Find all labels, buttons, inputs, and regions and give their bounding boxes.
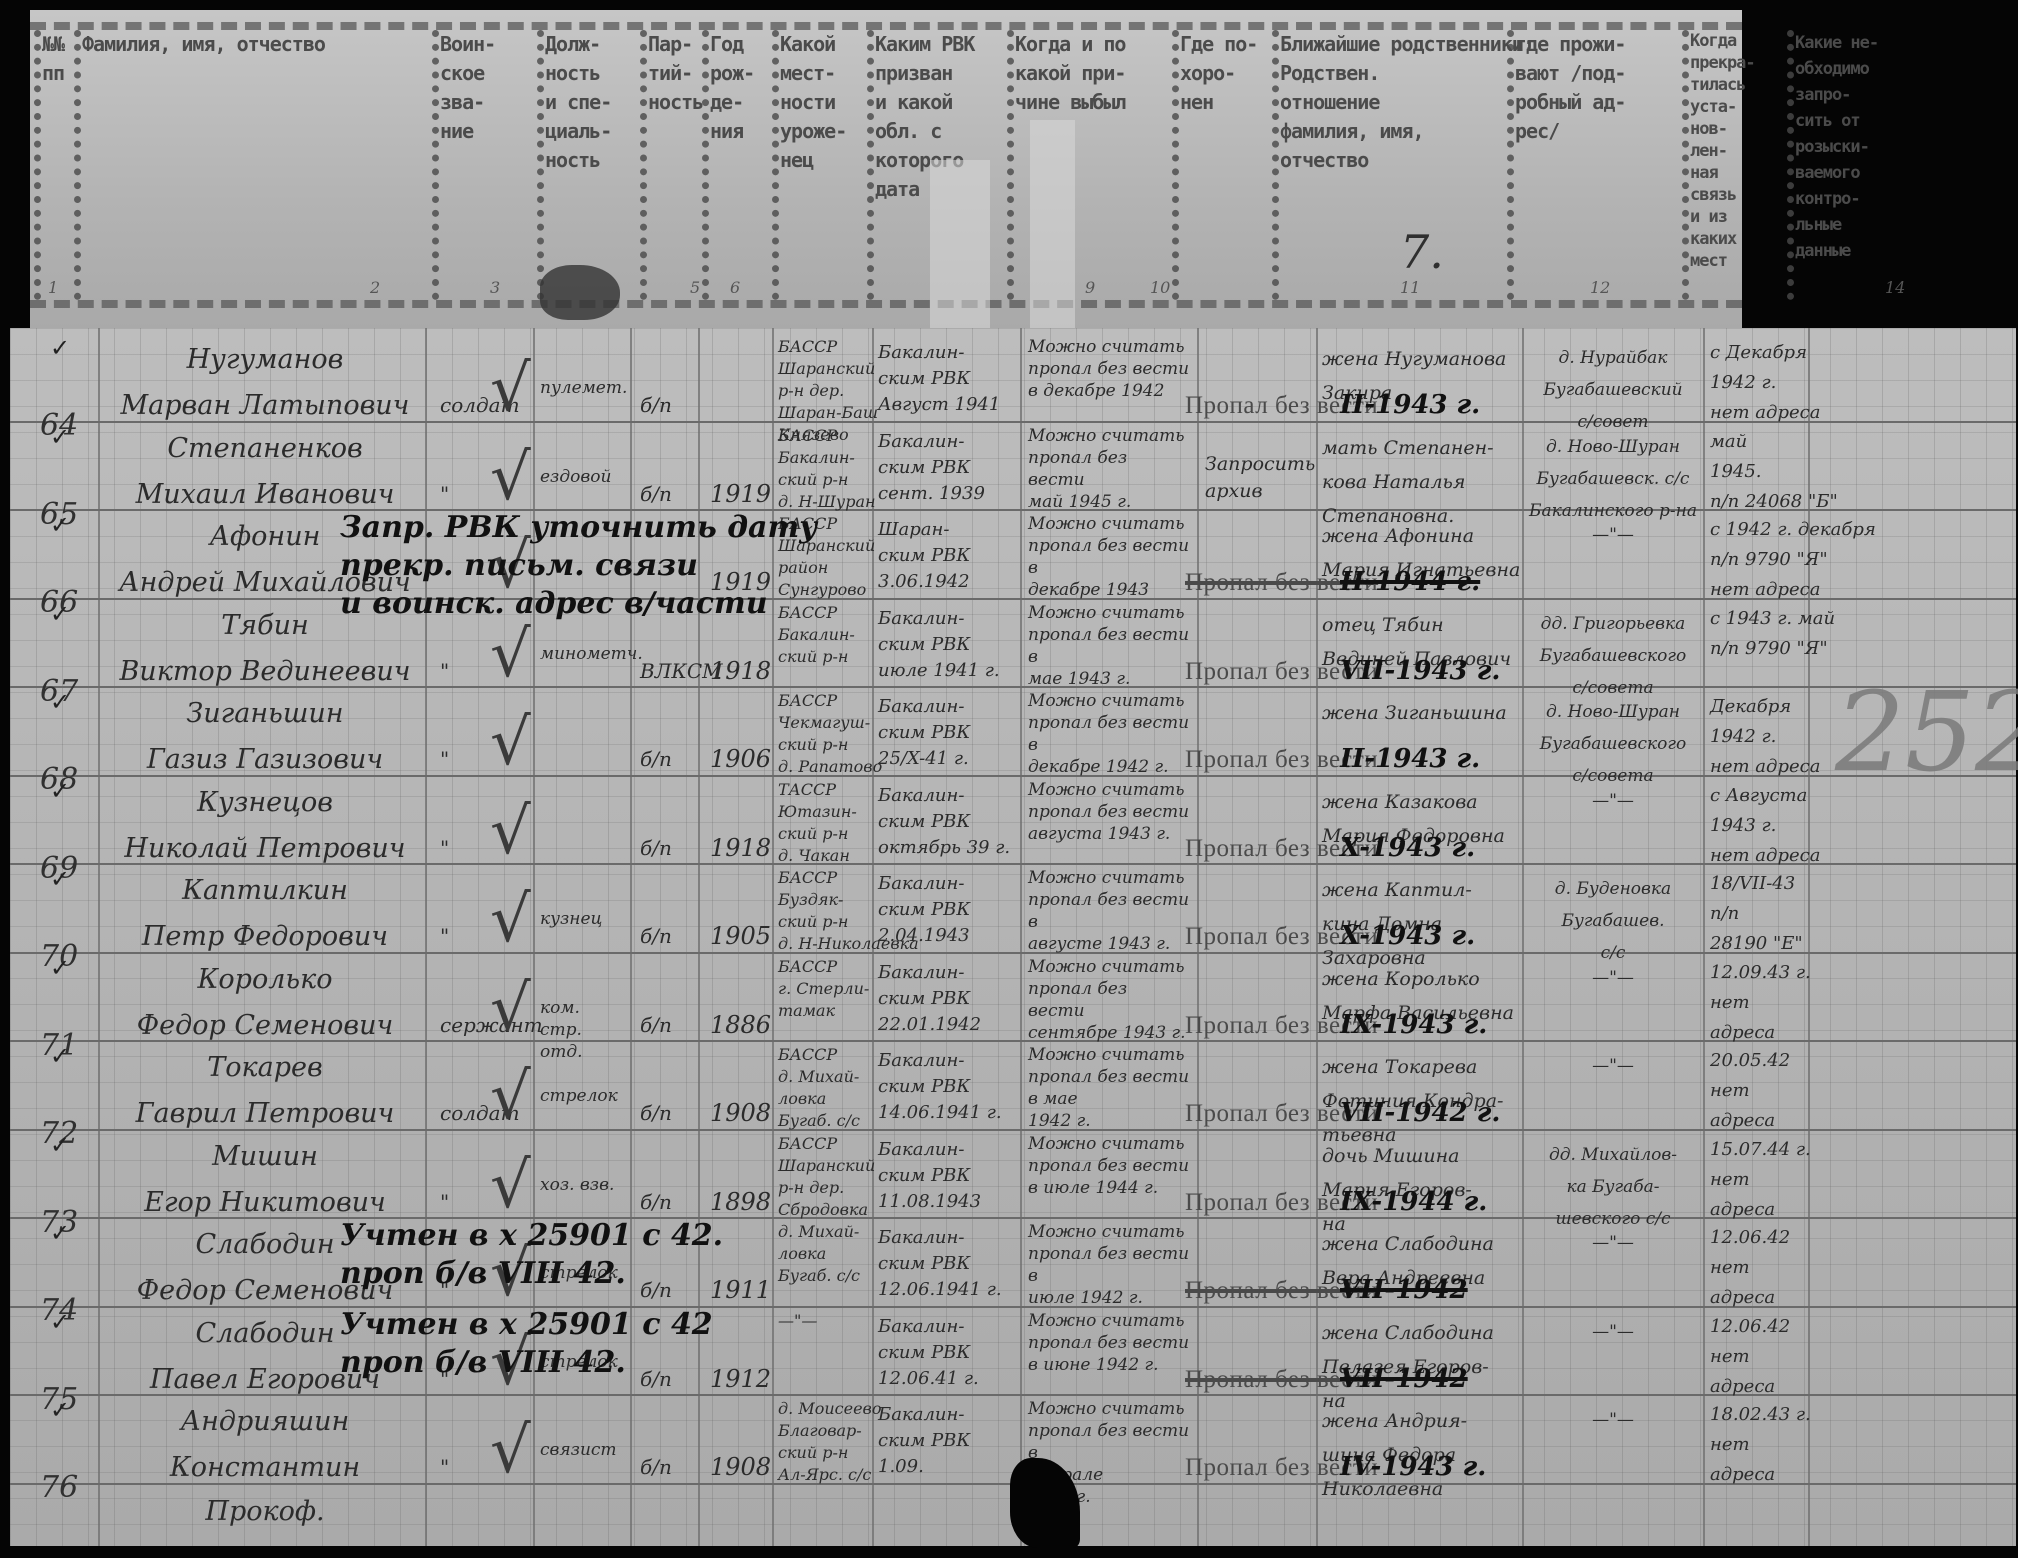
surname: Мишин: [110, 1135, 420, 1179]
checkmark-icon: ✓: [50, 865, 70, 893]
checkmark-icon: ✓: [50, 423, 70, 451]
relative-address: —"—: [1528, 1316, 1698, 1348]
burial: Запросить архив: [1205, 451, 1315, 505]
checkmark-icon: ✓: [50, 1042, 70, 1070]
draft-office: Бакалин- ским РВК 1.09.: [878, 1402, 970, 1480]
paper-stain: [540, 265, 620, 320]
col-number: 6: [730, 278, 740, 297]
relative-address: —"—: [1528, 1404, 1698, 1436]
rank: ": [440, 835, 449, 862]
record-row: ✓ 67 Тябин Виктор Вединеевич " √ миномет…: [10, 598, 2016, 689]
party: б/п: [640, 746, 672, 773]
draft-office: Бакалин- ским РВК октябрь 39 г.: [878, 783, 1010, 861]
stamp-date: II-1943 г.: [1340, 744, 1480, 774]
col-number: 12: [1590, 278, 1610, 297]
birth-year: 1918: [710, 835, 771, 862]
party: б/п: [640, 481, 672, 508]
last-contact: май 1945. п/п 24068 "Б": [1710, 427, 1838, 517]
last-contact: 18/VII-43 п/п 28190 "Е": [1710, 869, 1803, 959]
relative-address: —"—: [1528, 785, 1698, 817]
col-number: 11: [1400, 278, 1420, 297]
fate: Можно считать пропал без вести сентябре …: [1028, 956, 1186, 1044]
handwritten-annotation: Учтен в х 25901 с 42 проп б/в VIII 42.: [340, 1306, 713, 1382]
last-contact: 15.07.44 г. нет адреса: [1710, 1135, 1811, 1225]
last-contact: 20.05.42 нет адреса: [1710, 1046, 1790, 1136]
rank: ": [440, 746, 449, 773]
checkmark-icon: ✓: [50, 1308, 70, 1336]
surname: Нугуманов: [110, 338, 420, 382]
verification-check-icon: √: [490, 883, 531, 957]
checkmark-icon: ✓: [50, 1396, 70, 1424]
draft-office: Бакалин- ским РВК июле 1941 г.: [878, 606, 1000, 684]
birth-year: 1912: [710, 1366, 771, 1393]
last-contact: 18.02.43 г. нет адреса: [1710, 1400, 1811, 1490]
header-col-14: Какие не- обходимо запро- сить от розыск…: [1795, 30, 1878, 300]
birth-year: 1886: [710, 1012, 771, 1039]
stamp-date: VII-1942: [1340, 1275, 1468, 1305]
birth-year: 1908: [710, 1454, 771, 1481]
post: хоз. взв.: [540, 1174, 614, 1196]
record-row: ✓ 69 Кузнецов Николай Петрович " √ б/п 1…: [10, 775, 2016, 866]
party: б/п: [640, 1189, 672, 1216]
fate: Можно считать пропал без вести в декабре…: [1028, 690, 1189, 778]
stamp-date: VII-1942 г.: [1340, 1098, 1500, 1128]
col-number: 1: [48, 278, 58, 297]
fate: Можно считать пропал без вести в мае 194…: [1028, 1044, 1189, 1132]
fate: Можно считать пропал без вести в августе…: [1028, 867, 1189, 955]
draft-office: Бакалин- ским РВК 25/X-41 г.: [878, 694, 970, 772]
stamp-date: VII-1943 г.: [1340, 656, 1500, 686]
relative-address: —"—: [1528, 519, 1698, 551]
fate: Можно считать пропал без вести в мае 194…: [1028, 602, 1189, 690]
checkmark-icon: ✓: [50, 777, 70, 805]
last-contact: с 1943 г. май п/п 9790 "Я": [1710, 604, 1835, 664]
fate: Можно считать пропал без вести августа 1…: [1028, 779, 1189, 845]
last-contact: 12.06.42 нет адреса: [1710, 1223, 1790, 1313]
record-row: ✓ 64 Нугуманов Марван Латыпович солдат √…: [10, 332, 2016, 423]
draft-office: Бакалин- ским РВК 12.06.41 г.: [878, 1314, 979, 1392]
checkmark-icon: ✓: [50, 1131, 70, 1159]
paper-tear: [1030, 120, 1075, 330]
header-col-1: №№ пп: [42, 30, 64, 300]
draft-office: Бакалин- ским РВК 14.06.1941 г.: [878, 1048, 1002, 1126]
relative: жена Зиганьшина: [1322, 696, 1507, 730]
record-row: ✓ 68 Зиганьшин Газиз Газизович " √ б/п 1…: [10, 686, 2016, 777]
birthplace: БАССР д. Михай- ловка Бугаб. с/с: [778, 1044, 860, 1132]
verification-check-icon: √: [490, 1414, 531, 1488]
last-contact: с Декабря 1942 г. нет адреса: [1710, 338, 1820, 428]
party: б/п: [640, 1012, 672, 1039]
verification-check-icon: √: [490, 1149, 531, 1223]
col-number: 3: [490, 278, 500, 297]
verification-check-icon: √: [490, 1060, 531, 1134]
last-contact: 12.06.42 нет адреса: [1710, 1312, 1790, 1402]
perforation-line: [30, 300, 1742, 308]
header-col-12: где прожи- вают /под- робный ад- рес/: [1515, 30, 1625, 300]
fate: Можно считать пропал без вести май 1945 …: [1028, 425, 1184, 513]
record-row: ✓ 71 Королько Федор Семенович сержант √ …: [10, 952, 2016, 1043]
rank: ": [440, 1189, 449, 1216]
form-header-strip: №№ пп Фамилия, имя, отчество Воин- ское …: [30, 10, 1742, 330]
rank: ": [440, 481, 449, 508]
birthplace: БАССР Бакалин- ский р-н: [778, 602, 855, 668]
col-number: 5: [690, 278, 700, 297]
record-row: ✓ 73 Мишин Егор Никитович " √ хоз. взв. …: [10, 1129, 2016, 1220]
last-contact: 12.09.43 г. нет адреса: [1710, 958, 1811, 1048]
fate: Можно считать пропал без вести в июле 19…: [1028, 1221, 1189, 1309]
header-col-5: Пар- тий- ность: [648, 30, 703, 300]
relative-address: —"—: [1528, 962, 1698, 994]
checkmark-icon: ✓: [50, 688, 70, 716]
record-row: ✓ 72 Токарев Гаврил Петрович солдат √ ст…: [10, 1040, 2016, 1131]
header-col-6: Год рож- де- ния: [710, 30, 754, 300]
stamp-date: IX-1943 г.: [1340, 1010, 1487, 1040]
party: б/п: [640, 923, 672, 950]
surname: Кузнецов: [110, 781, 420, 825]
checkmark-icon: ✓: [50, 511, 70, 539]
last-contact: Декабря 1942 г. нет адреса: [1710, 692, 1820, 782]
record-row: ✓ 66 Афонин Андрей Михайлович √ 1919 БАС…: [10, 509, 2016, 600]
surname: Зиганьшин: [110, 692, 420, 736]
party: б/п: [640, 835, 672, 862]
fate: Можно считать пропал без вести в декабре…: [1028, 513, 1189, 601]
paper-tear: [930, 160, 990, 330]
birthplace: д. Михай- ловка Бугаб. с/с: [778, 1221, 860, 1287]
birthplace: БАССР г. Стерли- тамак: [778, 956, 869, 1022]
draft-office: Бакалин- ским РВК 2.04.1943: [878, 871, 970, 949]
rank: ": [440, 1454, 449, 1481]
surname: Тябин: [110, 604, 420, 648]
post: стрелок: [540, 1085, 618, 1107]
birthplace: ТАССР Ютазин- ский р-н д. Чакан: [778, 779, 857, 867]
birthplace: БАССР Бакалин- ский р-н д. Н-Шуран: [778, 425, 876, 513]
header-col-7: Какой мест- ности уроже- нец: [780, 30, 846, 300]
birth-year: 1905: [710, 923, 771, 950]
birth-year: 1908: [710, 1100, 771, 1127]
draft-office: Шаран- ским РВК 3.06.1942: [878, 517, 970, 595]
birth-year: 1906: [710, 746, 771, 773]
given-names: Константин Прокоф.: [110, 1446, 420, 1534]
party: б/п: [640, 392, 672, 419]
fate: Можно считать пропал без вести в декабре…: [1028, 336, 1189, 402]
stamp-date: IX-1944 г.: [1340, 1187, 1487, 1217]
header-col-13: Когда прекра- тилась уста- нов- лен- ная…: [1690, 30, 1755, 300]
stamp-date: IV-1943 г.: [1340, 1452, 1486, 1482]
header-col-4: Долж- ность и спе- циаль- ность: [545, 30, 611, 300]
section-number: 7.: [1400, 225, 1444, 279]
draft-office: Бакалин- ским РВК 12.06.1941 г.: [878, 1225, 1002, 1303]
stamp-date: X-1943 г.: [1340, 833, 1475, 863]
record-sheet: ✓ 64 Нугуманов Марван Латыпович солдат √…: [10, 328, 2016, 1546]
verification-check-icon: √: [490, 795, 531, 869]
verification-check-icon: √: [490, 972, 531, 1046]
verification-check-icon: √: [490, 618, 531, 692]
header-col-2: Фамилия, имя, отчество: [82, 30, 325, 300]
col-number: 14: [1885, 278, 1905, 297]
record-number: 76: [40, 1474, 78, 1501]
header-col-3: Воин- ское зва- ние: [440, 30, 495, 300]
surname: Токарев: [110, 1046, 420, 1090]
surname: Королько: [110, 958, 420, 1002]
birth-year: 1918: [710, 658, 771, 685]
post: связист: [540, 1439, 617, 1461]
col-number: 10: [1150, 278, 1170, 297]
draft-office: Бакалин- ским РВК 22.01.1942: [878, 960, 981, 1038]
fate: Можно считать пропал без вести в июле 19…: [1028, 1133, 1189, 1199]
last-contact: с Августа 1943 г. нет адреса: [1710, 781, 1820, 871]
checkmark-icon: ✓: [50, 1219, 70, 1247]
last-contact: с 1942 г. декабря п/п 9790 "Я" нет адрес…: [1710, 515, 1876, 605]
party: б/п: [640, 1454, 672, 1481]
checkmark-icon: ✓: [50, 954, 70, 982]
stamp-date: VII-1942: [1340, 1364, 1468, 1394]
checkmark-icon: ✓: [50, 600, 70, 628]
record-row: ✓ 74 Слабодин Федор Семенович " √ стрело…: [10, 1217, 2016, 1308]
record-row: ✓ 75 Слабодин Павел Егорович " √ стрелок…: [10, 1306, 2016, 1397]
verification-check-icon: √: [490, 352, 531, 426]
post: минометч.: [540, 643, 643, 665]
stamp-date: X-1943 г.: [1340, 921, 1475, 951]
post: ездовой: [540, 466, 611, 488]
handwritten-annotation: Учтен в х 25901 с 42. проп б/в VIII 42.: [340, 1217, 723, 1293]
post: пулемет.: [540, 377, 627, 399]
header-col-10: Где по- хоро- нен: [1180, 30, 1257, 300]
party: б/п: [640, 1100, 672, 1127]
draft-office: Бакалин- ским РВК 11.08.1943: [878, 1137, 981, 1215]
birthplace: —"—: [778, 1310, 817, 1332]
col-number: 2: [370, 278, 380, 297]
stamp-date: II-1943 г.: [1340, 390, 1480, 420]
relative-address: —"—: [1528, 1227, 1698, 1259]
perforation-line: [30, 22, 1742, 30]
birthplace: БАССР Шаранский р-н дер. Сбродовка: [778, 1133, 875, 1221]
col-number: 9: [1085, 278, 1095, 297]
verification-check-icon: √: [490, 706, 531, 780]
record-row: ✓ 65 Степаненков Михаил Иванович " √ езд…: [10, 421, 2016, 512]
surname: Каптилкин: [110, 869, 420, 913]
birth-year: 1919: [710, 481, 771, 508]
stamp-date: II-1944 г.: [1340, 567, 1480, 597]
rank: ": [440, 658, 449, 685]
verification-check-icon: √: [490, 441, 531, 515]
record-row: ✓ 70 Каптилкин Петр Федорович " √ кузнец…: [10, 863, 2016, 954]
checkmark-icon: ✓: [50, 334, 70, 362]
rank: ": [440, 923, 449, 950]
fate: Можно считать пропал без вести в июне 19…: [1028, 1310, 1189, 1376]
birthplace: БАССР Чекмагуш- ский р-н д. Рапатово: [778, 690, 882, 778]
surname: Андрияшин: [110, 1400, 420, 1444]
birth-year: 1898: [710, 1189, 771, 1216]
draft-office: Бакалин- ским РВК сент. 1939: [878, 429, 985, 507]
birthplace: д. Моисеево Благовар- ский р-н Ал-Ярс. с…: [778, 1398, 881, 1486]
draft-office: Бакалин- ским РВК Август 1941: [878, 340, 1000, 418]
pencil-sheet-number: 252: [1835, 668, 2018, 796]
relative-address: —"—: [1528, 1050, 1698, 1082]
post: кузнец: [540, 908, 602, 930]
surname: Степаненков: [110, 427, 420, 471]
